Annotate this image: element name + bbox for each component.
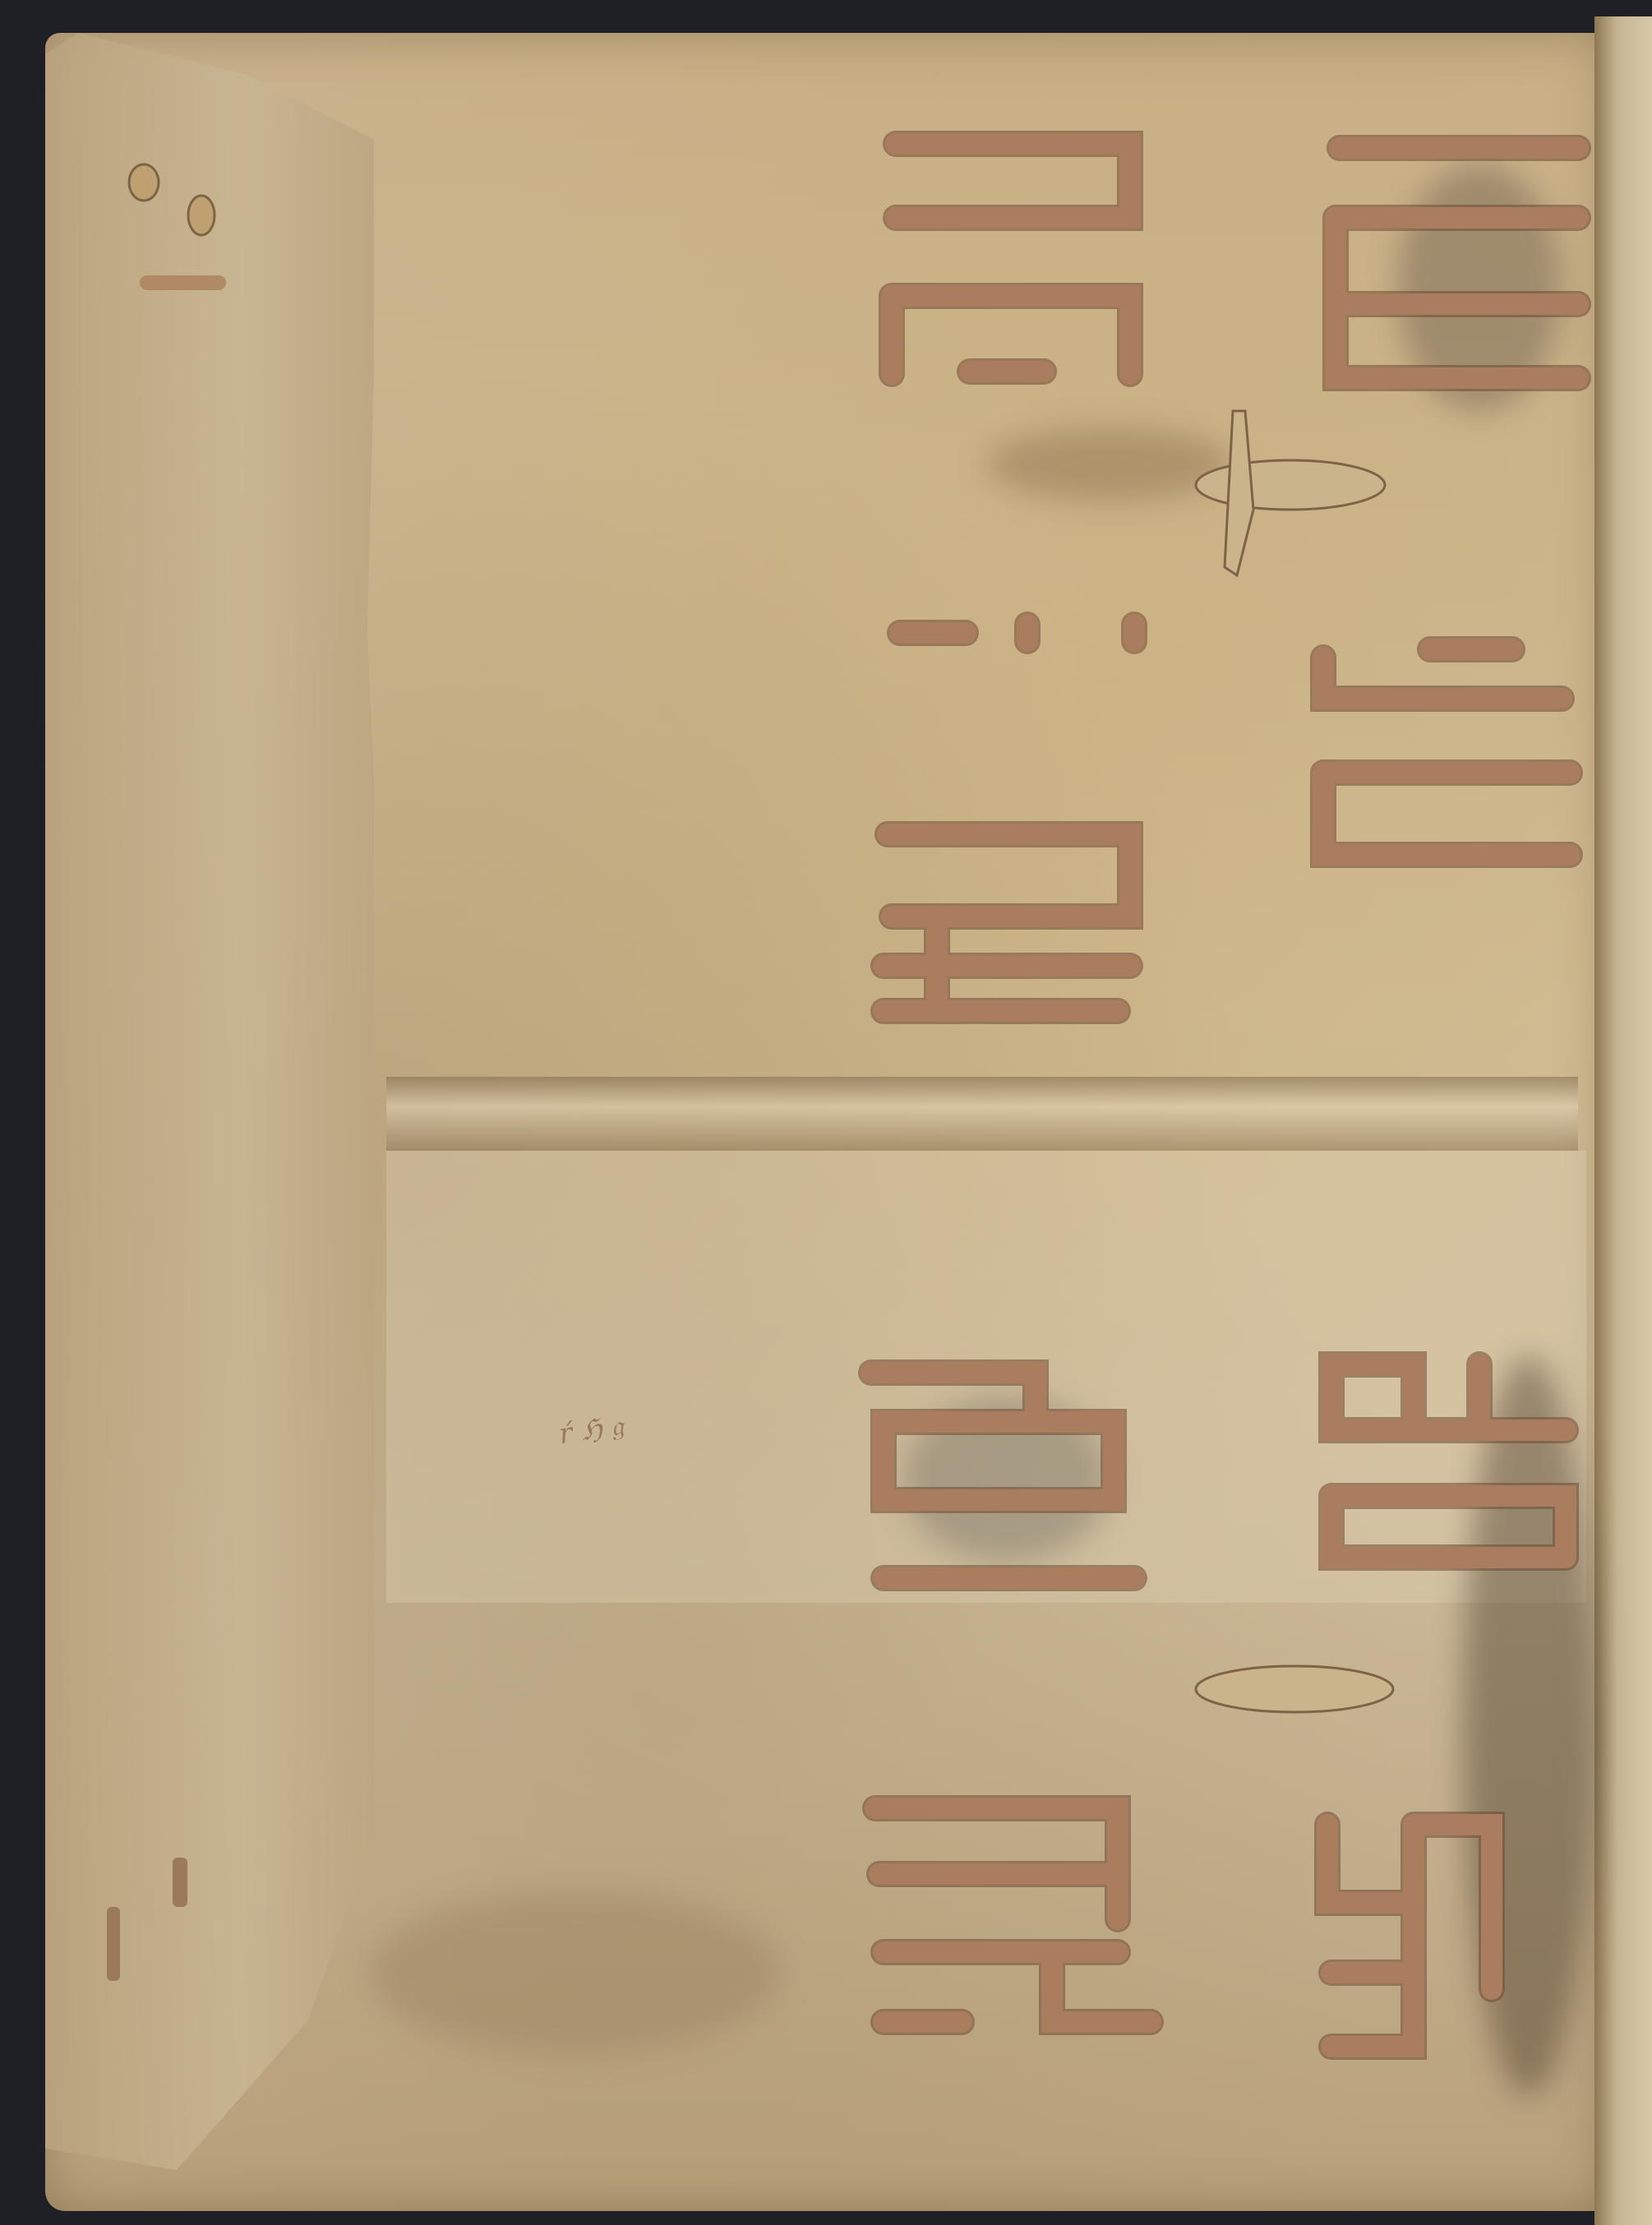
leather-thong-lettering — [0, 0, 1652, 2225]
upper-left-glyphs — [884, 144, 1134, 1011]
lower-left-glyphs — [871, 1373, 1151, 2022]
flap-stubs — [107, 164, 226, 1981]
tie-knots — [1196, 411, 1393, 1712]
